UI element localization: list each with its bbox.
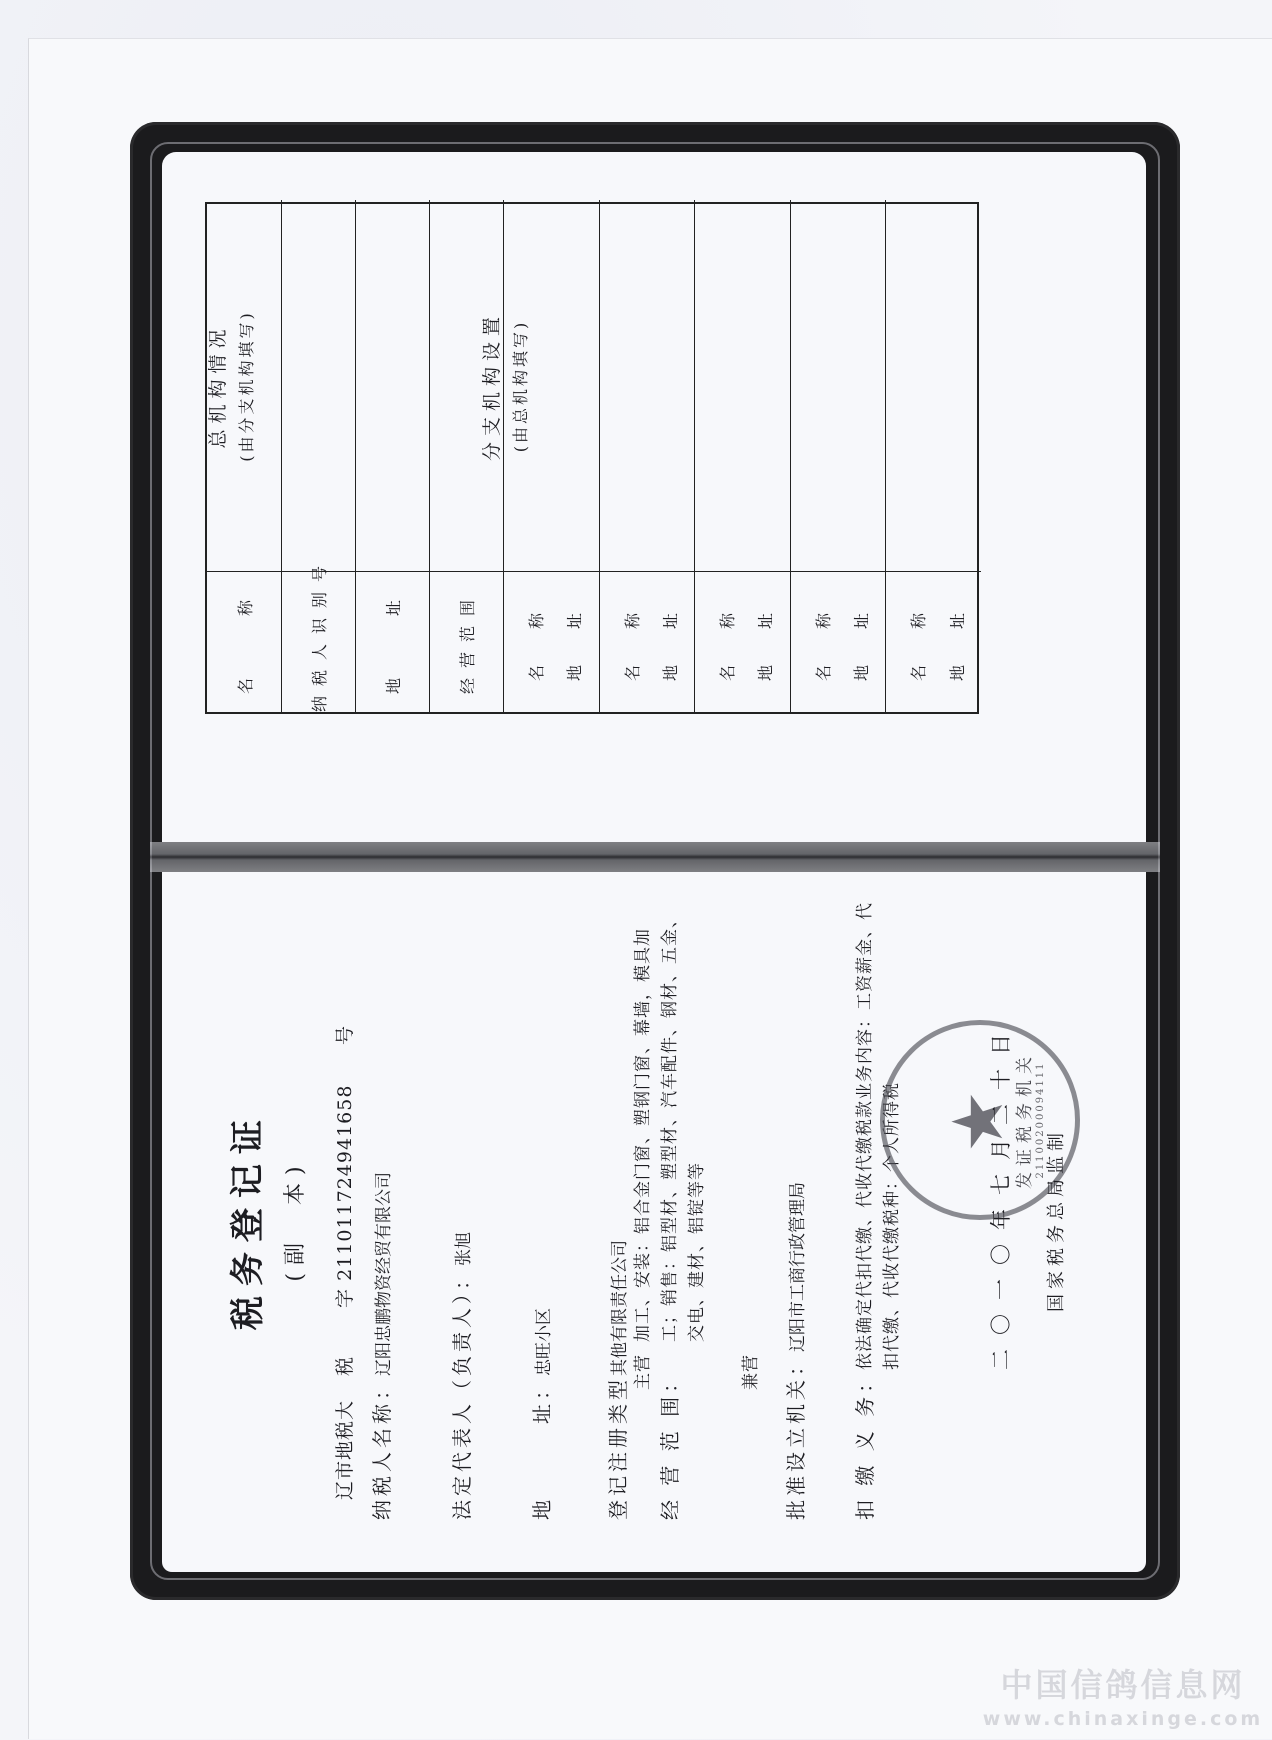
watermark-url: www.chinaxinge.com — [978, 1708, 1268, 1730]
issue-date: 二〇一〇年七月二十日 — [985, 1020, 1015, 1370]
certificate-subtitle: (副 本) — [278, 880, 309, 1560]
field-address: 地 址：忠旺小区 — [526, 1308, 555, 1520]
field-label: 登记注册类型 — [606, 1376, 630, 1520]
table-rule — [355, 200, 356, 712]
field-label: 批准设立机关： — [784, 1352, 808, 1520]
branch-address-label: 地 址 — [945, 572, 968, 712]
table-rule — [281, 200, 282, 712]
number-value: 211011724941658 — [334, 1085, 356, 1281]
branch-address-label: 地 址 — [658, 572, 681, 712]
number-suffix: 号 — [330, 1025, 357, 1045]
certificate-number: 辽市地税大税字 211011724941658 号 — [330, 1085, 357, 1500]
branch-table: 总机构情况(由分支机构填写)名 称纳税人识别号地 址经营范围分支机构设置(由总机… — [205, 202, 979, 714]
branch-name-label: 名 称 — [906, 572, 929, 712]
field-value: 其他有限责任公司 — [610, 1240, 630, 1376]
field-label: 地 址： — [530, 1376, 554, 1520]
field-label: 纳税人名称： — [370, 1376, 394, 1520]
branch-address-label: 地 址 — [562, 572, 585, 712]
branch-table-section: 总机构情况(由分支机构填写)名 称纳税人识别号地 址经营范围分支机构设置(由总机… — [205, 202, 985, 714]
table-rule — [429, 200, 430, 712]
site-watermark: 中国信鸽信息网 www.chinaxinge.com — [978, 1660, 1268, 1730]
field-value: 辽阳忠鹏物资经贸有限公司 — [374, 1172, 394, 1376]
branch-name-label: 名 称 — [715, 572, 738, 712]
field-approving-authority: 批准设立机关：辽阳市工商行政管理局 — [780, 1182, 809, 1520]
branches-title: 分支机构设置 — [477, 210, 504, 562]
branch-value-cell[interactable] — [601, 204, 693, 568]
certificate-body: 税务登记证 (副 本) 辽市地税大税字 211011724941658 号 纳税… — [180, 880, 1140, 1560]
sub-business-label: 兼营 — [738, 1354, 765, 1390]
table-rule — [885, 200, 886, 712]
head-office-row-label: 纳税人识别号 — [307, 572, 330, 712]
watermark-title: 中国信鸽信息网 — [978, 1660, 1268, 1706]
business-scope-text: 加工、安装：铝合金门窗、塑钢门窗、幕墙，模具加工；销售：铝型材、塑型材、汽车配件… — [630, 902, 711, 1342]
branch-name-label: 名 称 — [524, 572, 547, 712]
main-business-label: 主营 — [633, 1354, 653, 1390]
field-withholding: 扣 缴 义 务： 依法确定代扣代缴、代收代缴税款业务内容：工资薪金、代扣代缴、代… — [852, 900, 881, 1520]
field-business-scope: 主营 经 营 范 围： 加工、安装：铝合金门窗、塑钢门窗、幕墙，模具加工；销售：… — [630, 900, 657, 1520]
branch-value-cell[interactable] — [505, 204, 597, 568]
business-scope-label: 经 营 范 围： — [658, 1369, 682, 1520]
field-value: 张旭 — [454, 1232, 474, 1266]
field-legal-representative: 法定代表人（负责人）：张旭 — [446, 1232, 475, 1520]
branch-value-cell[interactable] — [887, 204, 979, 568]
head-office-row-label: 经营范围 — [455, 572, 478, 712]
field-value: 辽阳市工商行政管理局 — [788, 1182, 808, 1352]
branch-name-label: 名 称 — [620, 572, 643, 712]
table-rule — [599, 200, 600, 712]
number-tax-char: 税 — [334, 1356, 356, 1376]
field-taxpayer-name: 纳税人名称：辽阳忠鹏物资经贸有限公司 — [366, 1172, 395, 1520]
number-zi: 字 — [334, 1288, 356, 1308]
branch-name-label: 名 称 — [811, 572, 834, 712]
branch-value-cell[interactable] — [792, 204, 884, 568]
cover-spine — [150, 842, 1160, 872]
branch-address-label: 地 址 — [849, 572, 872, 712]
branch-address-label: 地 址 — [753, 572, 776, 712]
field-label: 法定代表人（负责人）： — [450, 1266, 474, 1520]
withholding-label: 扣 缴 义 务： — [853, 1369, 877, 1520]
head-office-row-label: 名 称 — [233, 572, 256, 712]
head-office-value-cell[interactable] — [209, 204, 279, 568]
certificate-title: 税务登记证 — [220, 880, 269, 1560]
table-rule — [694, 200, 695, 712]
head-office-value-cell[interactable] — [283, 204, 353, 568]
head-office-value-cell[interactable] — [357, 204, 427, 568]
table-rule — [790, 200, 791, 712]
field-registration-type: 登记注册类型其他有限责任公司 — [602, 1240, 631, 1520]
number-prefix: 辽市地税大 — [334, 1400, 356, 1500]
branch-value-cell[interactable] — [696, 204, 788, 568]
head-office-row-label: 地 址 — [381, 572, 404, 712]
supervisor-footer: 国家税务总局监制 — [1042, 880, 1068, 1560]
field-value: 忠旺小区 — [534, 1308, 554, 1376]
